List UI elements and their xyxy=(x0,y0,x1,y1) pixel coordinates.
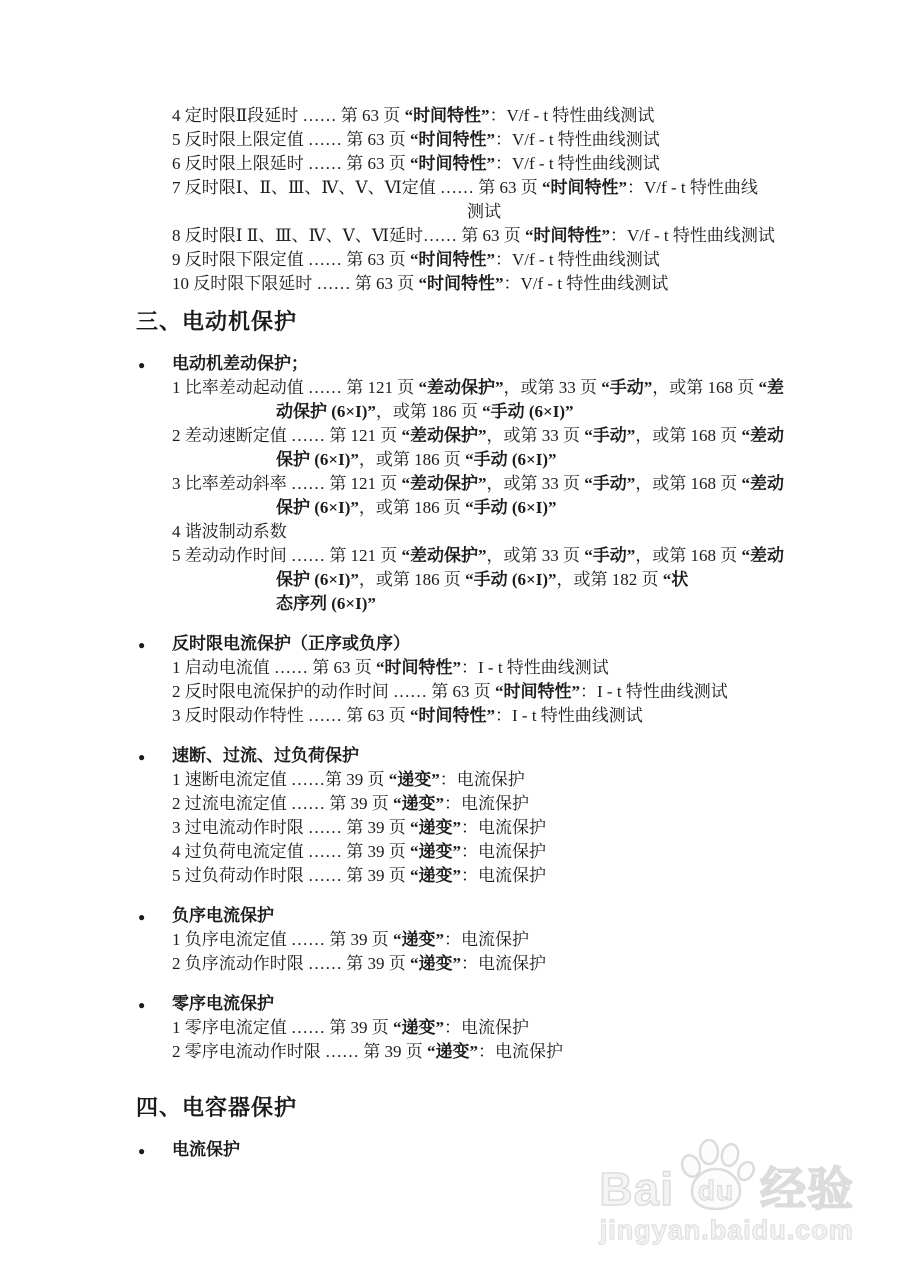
cross-reference-term: “递变” xyxy=(393,930,444,949)
text-run: 1 启动电流值 …… 第 63 页 xyxy=(172,658,376,677)
cross-reference-term: “差动保护” xyxy=(402,474,487,493)
watermark-url: jingyan.baidu.com xyxy=(599,1215,854,1246)
text-run: ，或第 33 页 xyxy=(487,474,585,493)
protection-group: ●速断、过流、过负荷保护1 速断电流定值 ……第 39 页 “递变”：电流保护2… xyxy=(136,744,796,888)
text-run: ：V/f - t 特性曲线测试 xyxy=(495,130,660,149)
list-item-line: 1 零序电流定值 …… 第 39 页 “递变”：电流保护 xyxy=(172,1016,796,1040)
text-run: 5 过负荷动作时限 …… 第 39 页 xyxy=(172,866,410,885)
text-run: 5 差动动作时间 …… 第 121 页 xyxy=(172,546,402,565)
list-item-line: 测试 xyxy=(172,200,796,224)
text-run: 2 差动速断定值 …… 第 121 页 xyxy=(172,426,402,445)
cross-reference-term: “递变” xyxy=(410,818,461,837)
cross-reference-term: “时间特性” xyxy=(410,130,495,149)
list-item-line: 1 负序电流定值 …… 第 39 页 “递变”：电流保护 xyxy=(172,928,796,952)
text-run: ，或第 33 页 xyxy=(504,378,602,397)
list-item-line: 1 启动电流值 …… 第 63 页 “时间特性”：I - t 特性曲线测试 xyxy=(172,656,796,680)
text-run: 2 零序电流动作时限 …… 第 39 页 xyxy=(172,1042,427,1061)
list-item-line: 10 反时限下限延时 …… 第 63 页 “时间特性”：V/f - t 特性曲线… xyxy=(172,272,796,296)
cross-reference-term: “差动 xyxy=(742,474,785,493)
protection-group: ●电动机差动保护；1 比率差动起动值 …… 第 121 页 “差动保护”，或第 … xyxy=(136,352,796,616)
text-run: ：V/f - t 特性曲线 xyxy=(627,178,758,197)
section-heading: 三、电动机保护 xyxy=(136,308,796,336)
text-run: 10 反时限下限延时 …… 第 63 页 xyxy=(172,274,419,293)
list-item-line: 3 反时限动作特性 …… 第 63 页 “时间特性”：I - t 特性曲线测试 xyxy=(172,704,796,728)
cross-reference-term: “手动” xyxy=(584,546,635,565)
bullet-icon: ● xyxy=(138,745,145,769)
group-title-row: ●电动机差动保护； xyxy=(136,352,796,376)
cross-reference-term: “差动保护” xyxy=(419,378,504,397)
text-run: ：电流保护 xyxy=(444,794,529,813)
text-run: 1 零序电流定值 …… 第 39 页 xyxy=(172,1018,393,1037)
text-run: 6 反时限上限延时 …… 第 63 页 xyxy=(172,154,410,173)
list-item-line: 4 谐波制动系数 xyxy=(172,520,796,544)
watermark-du-text: du xyxy=(698,1177,734,1205)
text-run: 2 过流电流定值 …… 第 39 页 xyxy=(172,794,393,813)
sections-container: 三、电动机保护●电动机差动保护；1 比率差动起动值 …… 第 121 页 “差动… xyxy=(136,308,796,1162)
protection-group: ●负序电流保护1 负序电流定值 …… 第 39 页 “递变”：电流保护2 负序流… xyxy=(136,904,796,976)
text-run: ：电流保护 xyxy=(461,842,546,861)
cross-reference-term: “递变” xyxy=(389,770,440,789)
cross-reference-term: “时间特性” xyxy=(376,658,461,677)
text-run: 3 反时限动作特性 …… 第 63 页 xyxy=(172,706,410,725)
cross-reference-term: 保护 (6×I)” xyxy=(276,570,359,589)
list-item-line: 保护 (6×I)”，或第 186 页 “手动 (6×I)” xyxy=(276,448,796,472)
cross-reference-term: 保护 (6×I)” xyxy=(276,498,359,517)
text-run: ，或第 168 页 xyxy=(635,426,741,445)
watermark-bai-text: Bai xyxy=(599,1167,674,1211)
text-run: ：电流保护 xyxy=(444,930,529,949)
list-item-line: 4 定时限Ⅱ段延时 …… 第 63 页 “时间特性”：V/f - t 特性曲线测… xyxy=(172,104,796,128)
text-run: ，或第 168 页 xyxy=(635,474,741,493)
cross-reference-term: “手动” xyxy=(584,474,635,493)
group-label: 速断、过流、过负荷保护 xyxy=(172,746,359,765)
cross-reference-term: “手动” xyxy=(584,426,635,445)
cross-reference-term: 态序列 (6×I)” xyxy=(276,594,376,613)
group-title-row: ●反时限电流保护（正序或负序） xyxy=(136,632,796,656)
bullet-icon: ● xyxy=(138,993,145,1017)
protection-group: ●反时限电流保护（正序或负序）1 启动电流值 …… 第 63 页 “时间特性”：… xyxy=(136,632,796,728)
bullet-icon: ● xyxy=(138,353,145,377)
list-item-line: 1 比率差动起动值 …… 第 121 页 “差动保护”，或第 33 页 “手动”… xyxy=(172,376,796,400)
cross-reference-term: “时间特性” xyxy=(495,682,580,701)
cross-reference-term: “手动 (6×I)” xyxy=(465,450,556,469)
section-motor: 三、电动机保护●电动机差动保护；1 比率差动起动值 …… 第 121 页 “差动… xyxy=(136,308,796,1064)
text-run: ：V/f - t 特性曲线测试 xyxy=(495,250,660,269)
group-label: 反时限电流保护（正序或负序） xyxy=(172,634,410,653)
cross-reference-term: “差动保护” xyxy=(402,426,487,445)
group-label: 零序电流保护 xyxy=(172,994,274,1013)
text-run: 1 负序电流定值 …… 第 39 页 xyxy=(172,930,393,949)
text-run: ，或第 186 页 xyxy=(359,498,465,517)
cross-reference-term: “手动 (6×I)” xyxy=(465,498,556,517)
cross-reference-term: “差动 xyxy=(742,546,785,565)
text-run: 4 定时限Ⅱ段延时 …… 第 63 页 xyxy=(172,106,405,125)
cross-reference-term: “时间特性” xyxy=(410,154,495,173)
text-run: ，或第 33 页 xyxy=(487,426,585,445)
list-item-line: 2 差动速断定值 …… 第 121 页 “差动保护”，或第 33 页 “手动”，… xyxy=(172,424,796,448)
text-run: ：电流保护 xyxy=(461,954,546,973)
text-run: ，或第 186 页 xyxy=(359,570,465,589)
cross-reference-term: “递变” xyxy=(410,842,461,861)
text-run: 3 比率差动斜率 …… 第 121 页 xyxy=(172,474,402,493)
text-run: ：I - t 特性曲线测试 xyxy=(461,658,609,677)
list-item-line: 2 反时限电流保护的动作时间 …… 第 63 页 “时间特性”：I - t 特性… xyxy=(172,680,796,704)
baidu-jingyan-watermark: Bai du 经验 jingyan.baidu.com xyxy=(599,1141,854,1246)
list-item-line: 态序列 (6×I)” xyxy=(276,592,796,616)
list-item-line: 2 负序流动作时限 …… 第 39 页 “递变”：电流保护 xyxy=(172,952,796,976)
cross-reference-term: “递变” xyxy=(393,1018,444,1037)
cross-reference-term: “差动保护” xyxy=(402,546,487,565)
cross-reference-term: “手动” xyxy=(601,378,652,397)
bullet-icon: ● xyxy=(138,905,145,929)
cross-reference-term: 动保护 (6×I)” xyxy=(276,402,376,421)
text-run: 5 反时限上限定值 …… 第 63 页 xyxy=(172,130,410,149)
text-run: ：V/f - t 特性曲线测试 xyxy=(610,226,775,245)
list-item-line: 动保护 (6×I)”，或第 186 页 “手动 (6×I)” xyxy=(276,400,796,424)
cross-reference-term: “时间特性” xyxy=(542,178,627,197)
list-item-line: 9 反时限下限定值 …… 第 63 页 “时间特性”：V/f - t 特性曲线测… xyxy=(172,248,796,272)
text-run: 3 过电流动作时限 …… 第 39 页 xyxy=(172,818,410,837)
cross-reference-term: “手动 (6×I)” xyxy=(465,570,556,589)
list-item-line: 7 反时限Ⅰ、Ⅱ、Ⅲ、Ⅳ、Ⅴ、Ⅵ定值 …… 第 63 页 “时间特性”：V/f … xyxy=(172,176,796,200)
list-item-line: 1 速断电流定值 ……第 39 页 “递变”：电流保护 xyxy=(172,768,796,792)
cross-reference-term: 保护 (6×I)” xyxy=(276,450,359,469)
list-item-line: 4 过负荷电流定值 …… 第 39 页 “递变”：电流保护 xyxy=(172,840,796,864)
list-item-line: 保护 (6×I)”，或第 186 页 “手动 (6×I)”，或第 182 页 “… xyxy=(276,568,796,592)
document-content: 4 定时限Ⅱ段延时 …… 第 63 页 “时间特性”：V/f - t 特性曲线测… xyxy=(136,104,796,1162)
text-run: ：电流保护 xyxy=(444,1018,529,1037)
text-run: 2 负序流动作时限 …… 第 39 页 xyxy=(172,954,410,973)
list-item-line: 2 零序电流动作时限 …… 第 39 页 “递变”：电流保护 xyxy=(172,1040,796,1064)
list-item-line: 8 反时限Ⅰ Ⅱ、Ⅲ、Ⅳ、Ⅴ、Ⅵ延时…… 第 63 页 “时间特性”：V/f -… xyxy=(172,224,796,248)
text-run: 8 反时限Ⅰ Ⅱ、Ⅲ、Ⅳ、Ⅴ、Ⅵ延时…… 第 63 页 xyxy=(172,226,525,245)
group-title-row: ●负序电流保护 xyxy=(136,904,796,928)
cross-reference-term: “时间特性” xyxy=(410,706,495,725)
text-run: ，或第 182 页 xyxy=(557,570,663,589)
text-run: 1 比率差动起动值 …… 第 121 页 xyxy=(172,378,419,397)
text-run: ：V/f - t 特性曲线测试 xyxy=(504,274,669,293)
section-heading: 四、电容器保护 xyxy=(136,1094,796,1122)
text-run: ：I - t 特性曲线测试 xyxy=(495,706,643,725)
group-label: 电动机差动保护； xyxy=(172,354,308,373)
text-run: 1 速断电流定值 ……第 39 页 xyxy=(172,770,389,789)
list-item-line: 5 差动动作时间 …… 第 121 页 “差动保护”，或第 33 页 “手动”，… xyxy=(172,544,796,568)
text-run: ：电流保护 xyxy=(440,770,525,789)
group-title-row: ●零序电流保护 xyxy=(136,992,796,1016)
text-run: ：V/f - t 特性曲线测试 xyxy=(495,154,660,173)
group-label: 负序电流保护 xyxy=(172,906,274,925)
cross-reference-term: “差动 xyxy=(742,426,785,445)
group-title-row: ●速断、过流、过负荷保护 xyxy=(136,744,796,768)
group-label: 电流保护 xyxy=(172,1140,240,1159)
text-run: ：电流保护 xyxy=(461,818,546,837)
text-run: ：电流保护 xyxy=(461,866,546,885)
list-item-line: 6 反时限上限延时 …… 第 63 页 “时间特性”：V/f - t 特性曲线测… xyxy=(172,152,796,176)
protection-group: ●零序电流保护1 零序电流定值 …… 第 39 页 “递变”：电流保护2 零序电… xyxy=(136,992,796,1064)
list-item-line: 3 比率差动斜率 …… 第 121 页 “差动保护”，或第 33 页 “手动”，… xyxy=(172,472,796,496)
watermark-jingyan-text: 经验 xyxy=(760,1167,854,1211)
text-run: ：V/f - t 特性曲线测试 xyxy=(490,106,655,125)
list-item-line: 保护 (6×I)”，或第 186 页 “手动 (6×I)” xyxy=(276,496,796,520)
cross-reference-term: “时间特性” xyxy=(405,106,490,125)
cross-reference-term: “时间特性” xyxy=(525,226,610,245)
baidu-jingyan-logo: Bai du 经验 xyxy=(599,1141,854,1211)
text-run: ，或第 33 页 xyxy=(487,546,585,565)
cross-reference-term: “递变” xyxy=(427,1042,478,1061)
cross-reference-term: “递变” xyxy=(393,794,444,813)
numbered-list-continuation: 4 定时限Ⅱ段延时 …… 第 63 页 “时间特性”：V/f - t 特性曲线测… xyxy=(136,104,796,296)
text-run: ：电流保护 xyxy=(478,1042,563,1061)
text-run: 4 过负荷电流定值 …… 第 39 页 xyxy=(172,842,410,861)
text-run: ：I - t 特性曲线测试 xyxy=(580,682,728,701)
list-item-line: 3 过电流动作时限 …… 第 39 页 “递变”：电流保护 xyxy=(172,816,796,840)
text-run: 9 反时限下限定值 …… 第 63 页 xyxy=(172,250,410,269)
cross-reference-term: “时间特性” xyxy=(410,250,495,269)
text-run: 测试 xyxy=(467,202,501,221)
text-run: 2 反时限电流保护的动作时间 …… 第 63 页 xyxy=(172,682,495,701)
bullet-icon: ● xyxy=(138,1139,145,1163)
cross-reference-term: “递变” xyxy=(410,954,461,973)
paw-icon: du xyxy=(674,1139,758,1211)
list-item-line: 2 过流电流定值 …… 第 39 页 “递变”：电流保护 xyxy=(172,792,796,816)
text-run: ，或第 168 页 xyxy=(652,378,758,397)
text-run: 4 谐波制动系数 xyxy=(172,522,287,541)
text-run: 7 反时限Ⅰ、Ⅱ、Ⅲ、Ⅳ、Ⅴ、Ⅵ定值 …… 第 63 页 xyxy=(172,178,542,197)
text-run: ，或第 168 页 xyxy=(635,546,741,565)
list-item-line: 5 过负荷动作时限 …… 第 39 页 “递变”：电流保护 xyxy=(172,864,796,888)
cross-reference-term: “时间特性” xyxy=(419,274,504,293)
list-item-line: 5 反时限上限定值 …… 第 63 页 “时间特性”：V/f - t 特性曲线测… xyxy=(172,128,796,152)
cross-reference-term: “状 xyxy=(663,570,689,589)
text-run: ，或第 186 页 xyxy=(376,402,482,421)
document-page: 4 定时限Ⅱ段延时 …… 第 63 页 “时间特性”：V/f - t 特性曲线测… xyxy=(0,0,904,1280)
text-run: ，或第 186 页 xyxy=(359,450,465,469)
cross-reference-term: “递变” xyxy=(410,866,461,885)
cross-reference-term: “差 xyxy=(759,378,785,397)
bullet-icon: ● xyxy=(138,633,145,657)
cross-reference-term: “手动 (6×I)” xyxy=(482,402,573,421)
